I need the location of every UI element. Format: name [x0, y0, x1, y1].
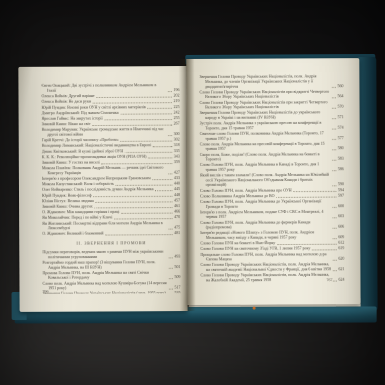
- dot-leader: [152, 179, 172, 180]
- toc-entry: О. Жданович: Між канадцями горіння і пра…: [42, 209, 180, 215]
- toc-entry: Розгортаймо гордий наш прапор! (З віщува…: [42, 260, 180, 270]
- toc-entry: Юрій Пундик: Вояк-філософ 448: [42, 193, 180, 199]
- toc-entry: Ярослав Гайвас: На закрутах історії 255: [42, 116, 180, 122]
- toc-entry: Інтерв'ю редакції «Нового Шляху» з Голов…: [200, 230, 344, 240]
- toc-entry-page: 606: [338, 225, 344, 230]
- toc-entry-page: 448: [174, 193, 180, 198]
- toc-entry: Інтерв'ю з полк. Андрієм Мельником, пода…: [200, 209, 344, 219]
- toc-entry: Гарій Кретчі: До історії часопису «Пробо…: [42, 137, 180, 143]
- toc-entry: Святочне слово Голови ПУН, полковника Ан…: [200, 131, 344, 141]
- dot-leader: [169, 258, 173, 259]
- toc-entry-page: 600: [338, 204, 344, 209]
- toc-entry-title: Слово Голови Проводу Українських Націона…: [200, 262, 331, 272]
- toc-entry-page: 620: [338, 257, 344, 262]
- dot-leader: [168, 174, 172, 175]
- toc-entry: Євген Онацький: Дві зустрічі з полковник…: [41, 83, 179, 93]
- toc-entry-title: Володимир Лиманський: Націоналістичні ви…: [42, 143, 151, 148]
- dot-leader: [332, 149, 336, 150]
- toc-entry-title: Звернення Голови Проводу Українських Нац…: [43, 291, 166, 294]
- toc-entry-page: 343: [174, 154, 180, 159]
- toc-entry-page: 517: [174, 285, 180, 290]
- toc-entry-title: Микола Капустянський: Воля і соборність: [42, 182, 114, 187]
- toc-entry: Зиновій Книш: У гостях на виселі 359: [42, 160, 180, 166]
- toc-entry-page: 612: [338, 241, 344, 246]
- toc-entry-title: Слово Голови ПУН, полк. Андрія Мельника …: [200, 188, 292, 193]
- toc-entry-title: Ярослав Гайвас: На закрутах історії: [42, 116, 103, 121]
- toc-entry-title: Підсумки переговорів, ведених мною з рам…: [42, 250, 167, 260]
- toc-entry-title: Зиновій Книш: У гостях на виселі: [42, 160, 100, 165]
- dot-leader: [332, 108, 336, 109]
- toc-entry: Слово Голови Проводу Українських Націона…: [200, 273, 344, 283]
- toc-entry-page: 359: [174, 160, 180, 165]
- dot-leader: [147, 108, 172, 109]
- toc-entry-title: Слово полк. Андрія Мельника над могилою …: [42, 281, 167, 291]
- toc-entry: Звернення Голови Проводу Українських Нац…: [199, 74, 343, 89]
- toc-entry-title: Слово Голови ПУН, полк. Андрія Мельника …: [200, 220, 331, 230]
- dot-leader: [276, 197, 336, 198]
- dot-leader: [94, 207, 172, 208]
- toc-entry-title: Ян Жиглинський: Посмертні відправи біля …: [42, 221, 167, 231]
- toc-entry: Слово Голови ПУН, полк. Андрія Мельника …: [200, 220, 344, 230]
- dot-leader: [168, 91, 172, 92]
- toc-entry-title: Євген Онацький: Дві зустрічі з полковник…: [41, 83, 166, 93]
- toc-entry-page: 427: [174, 170, 180, 175]
- toc-entry-page: 609: [338, 235, 344, 240]
- toc-entry: Юрій Пундик: Воєнні роки ОУН у світлі ар…: [42, 105, 180, 111]
- dot-leader: [95, 202, 172, 203]
- dot-leader: [105, 234, 173, 235]
- toc-entry-title: Інтерв'ю редакції «Нового Шляху» з Голов…: [200, 230, 331, 240]
- toc-entry-page: 466: [174, 209, 180, 214]
- toc-entry: Інтерв'ю з професором Олександром Неприц…: [42, 176, 180, 182]
- toc-entry-page: 594: [338, 188, 344, 193]
- toc-entry: Дмитро Андріївський: Під знаком Сімоненк…: [42, 110, 180, 116]
- toc-entry-page: 318: [174, 143, 180, 148]
- toc-entry-page: 535: [175, 291, 181, 294]
- toc-entry: Підсумки переговорів, ведених мною з рам…: [42, 249, 180, 259]
- toc-entry-page: 619: [338, 246, 344, 251]
- toc-entry-page: 571: [338, 115, 344, 120]
- toc-entry-page: 242: [174, 110, 180, 115]
- toc-entry: Володимир Маруняк: Українське громадське…: [42, 127, 180, 137]
- dot-leader: [333, 270, 337, 271]
- right-page: Звернення Голови Проводу Українських Нац…: [186, 58, 360, 305]
- toc-entry: Юліян Вістух: Велика людина 457: [42, 198, 180, 204]
- dot-leader: [120, 114, 172, 115]
- book-cover-edge-right: [358, 57, 377, 311]
- toc-entry-page: 445: [174, 187, 180, 192]
- toc-entry: Прощальне слово Голови ПУН, полк. Андрія…: [200, 252, 344, 262]
- toc-entry: Олег Войнаренко: Стиль і послідовність д…: [42, 187, 180, 193]
- dot-leader: [121, 213, 172, 214]
- dot-leader: [333, 281, 337, 282]
- toc-entry-title: О. Жданович: Великий і блаженний: [42, 231, 103, 236]
- toc-entry-title: Слово Голови ПУН на святочному З'їзді УГ…: [200, 246, 310, 251]
- toc-entry-title: Слово Голови Проводу Українських Націона…: [200, 100, 331, 110]
- toc-entry: Олекса Войнів: Не даси руки 219: [42, 99, 180, 105]
- toc-entry-page: 196: [173, 88, 179, 93]
- toc-entry-page: 501: [174, 265, 180, 270]
- dot-leader: [148, 158, 172, 159]
- toc-entry-title: Олекса Войнів: Другий варіянт: [41, 94, 94, 99]
- toc-entry-title: Дмитро Андріївський: Під знаком Сімоненк…: [42, 111, 119, 116]
- toc-entry-title: Звернення Голови Проводу Українських Нац…: [200, 110, 331, 120]
- toc-entry-page: 255: [174, 116, 180, 121]
- toc-entry-title: Юліян Вістух: Велика людина: [42, 199, 94, 204]
- open-book: Євген Онацький: Дві зустрічі з полковник…: [0, 0, 385, 385]
- dot-leader: [101, 163, 172, 164]
- section-header: ІІ. ЗВЕРНЕННЯ І ПРОМОВИ: [42, 241, 180, 247]
- left-page: Євген Онацький: Дві зустрічі з полковник…: [18, 66, 187, 312]
- toc-entry: Звернення Голови Проводу Українських Нац…: [200, 110, 344, 120]
- toc-list-left-bottom: Підсумки переговорів, ведених мною з рам…: [42, 249, 180, 293]
- dot-leader: [333, 238, 337, 239]
- toc-entry: Слово Голови ПУН, полк. Андрія Мельника …: [200, 199, 344, 209]
- toc-entry-title: Прощальне слово Голови ПУН, полк. Андрія…: [200, 252, 331, 262]
- toc-entry-page: 597: [338, 193, 344, 198]
- toc-entry: Микола Капустянський: Воля і соборність …: [42, 181, 180, 187]
- toc-entry-page: 300: [174, 132, 180, 137]
- dot-leader: [93, 102, 172, 103]
- toc-entry-page: 225: [174, 105, 180, 110]
- toc-entry-page: 560: [337, 84, 343, 89]
- toc-entry: Зиновій Книш: Очима других 461: [42, 204, 180, 210]
- dot-leader: [125, 152, 172, 153]
- toc-entry-page: 335: [174, 149, 180, 154]
- toc-entry: Слово Голови Проводу Українських Націона…: [200, 262, 344, 272]
- toc-entry: Скоро поля, Боже, поділи! (Слово полк. А…: [200, 152, 344, 162]
- toc-entry-title: Слово Полковника Андрія Мельника до ВО: [200, 194, 275, 199]
- toc-entry: Слово полк. Андрія Мельника на пресовій …: [200, 141, 344, 151]
- toc-entry: Слово Голови ПУН на бенкеті в Нью-Йорку …: [200, 241, 344, 247]
- toc-entry-page: 202: [173, 93, 179, 98]
- toc-entry-page: 583: [338, 157, 344, 162]
- toc-entry-title: Зиновій Книш: Очима других: [42, 204, 93, 209]
- toc-entry-page: 302: [174, 137, 180, 142]
- toc-entry-title: Святочне слово Голови ПУН, полковника Ан…: [200, 131, 331, 141]
- toc-entry-title: Слово Голови Проводу Українських Націона…: [200, 273, 331, 283]
- toc-entry: Ян Жиглинський: Посмертні відправи біля …: [42, 221, 180, 231]
- toc-entry-title: Інтерв'ю з професором Олександром Неприц…: [42, 176, 151, 181]
- dot-leader: [332, 207, 336, 208]
- dot-leader: [120, 141, 172, 142]
- toc-entry-page: 475: [174, 225, 180, 230]
- dot-leader: [332, 170, 336, 171]
- toc-entry-page: 470: [174, 215, 180, 220]
- toc-entry-page: 586: [338, 167, 344, 172]
- toc-entry-page: 493: [174, 254, 180, 259]
- toc-entry-page: 440: [174, 181, 180, 186]
- toc-entry-title: Гарій Кретчі: До історії часопису «Пробо…: [42, 138, 119, 143]
- photo-background: Євген Онацький: Дві зустрічі з полковник…: [0, 0, 385, 385]
- toc-entry: Зиновій Книш: Вікно на світ 267: [42, 121, 180, 127]
- page-number-right: 767: [326, 278, 332, 282]
- toc-entry-title: К. К. К.: Революційно-пропагандивна акці…: [42, 154, 147, 159]
- toc-entry-title: Олег Войнаренко: Стиль і послідовність д…: [42, 187, 154, 192]
- right-page-toc: Звернення Голови Проводу Українських Нац…: [199, 74, 344, 287]
- dot-leader: [168, 135, 172, 136]
- toc-entry-title: Олекса Войнів: Не даси руки: [42, 100, 92, 105]
- toc-entry-page: 574: [338, 125, 344, 130]
- toc-entry-title: Зиновій Книш: Вікно на світ: [42, 122, 91, 127]
- dot-leader: [169, 278, 173, 279]
- dot-leader: [332, 129, 336, 130]
- toc-entry-page: 481: [174, 231, 180, 236]
- dot-leader: [92, 125, 172, 126]
- dot-leader: [96, 97, 172, 98]
- toc-entry: Слово Голови Проводу Українських Націона…: [200, 100, 344, 110]
- toc-entry-title: Юрій Пундик: Воєнні роки ОУН у світлі ар…: [42, 105, 146, 110]
- toc-entry-page: 603: [338, 214, 344, 219]
- toc-entry-page: 624: [338, 277, 344, 282]
- dot-leader: [116, 185, 173, 186]
- dot-leader: [93, 196, 172, 197]
- dot-leader: [104, 119, 172, 120]
- dot-leader: [332, 185, 336, 186]
- toc-entry-title: Слово Голови ПУН на бенкеті в Нью-Йорку: [200, 241, 275, 246]
- dot-leader: [293, 191, 336, 192]
- toc-entry-title: Микола Плав'юк: Полковник Андрій Мельник…: [42, 166, 167, 176]
- toc-entry-title: Який вислів є таким зламали! (Слово полк…: [200, 173, 331, 188]
- toc-entry: Слово Голови Проводу Українських Націона…: [199, 89, 343, 99]
- toc-entry: Володимир Лиманський: Націоналістичні ви…: [42, 143, 180, 149]
- toc-entry: Звернення Голови Проводу Українських Нац…: [43, 291, 181, 294]
- dot-leader: [169, 268, 173, 269]
- toc-entry-title: Розгортаймо гордий наш прапор! (З віщува…: [42, 260, 167, 270]
- toc-entry-title: Слово Голови Проводу Українських Націона…: [199, 89, 330, 99]
- toc-entry-page: 577: [338, 136, 344, 141]
- dot-leader: [169, 289, 173, 290]
- toc-entry-title: Інтерв'ю з полк. Андрієм Мельником, пода…: [200, 209, 331, 219]
- dot-leader: [153, 146, 172, 147]
- dot-leader: [332, 97, 336, 98]
- toc-entry: Олекса Войнів: Другий варіянт 202: [41, 93, 179, 99]
- toc-entry: О. Жданович: Великий і блаженний 481: [42, 231, 180, 237]
- dot-leader: [332, 118, 336, 119]
- toc-entry-title: Звернення Голови Проводу Українських Нац…: [199, 74, 330, 89]
- toc-entry: Який вислів є таким зламали! (Слово полк…: [200, 173, 344, 188]
- toc-entry-page: 564: [337, 94, 343, 99]
- dot-leader: [155, 190, 172, 191]
- dot-leader: [332, 160, 336, 161]
- toc-entry-page: 461: [174, 204, 180, 209]
- toc-entry-page: 580: [338, 146, 344, 151]
- toc-entry-page: 457: [174, 198, 180, 203]
- toc-entry-title: Володимир Маруняк: Українське громадське…: [42, 127, 167, 137]
- toc-entry-title: Юрій Пундик: Вояк-філософ: [42, 193, 92, 198]
- toc-list-left-top: Євген Онацький: Дві зустрічі з полковник…: [41, 83, 180, 237]
- dot-leader: [114, 218, 172, 219]
- toc-entry-page: 267: [174, 121, 180, 126]
- toc-entry-page: 590: [338, 182, 344, 187]
- toc-list-right: Звернення Голови Проводу Українських Нац…: [199, 74, 344, 283]
- toc-entry: Слово полк. Андрія Мельника над могилою …: [42, 281, 180, 291]
- toc-entry: Зустріч полк. Андрія Мельника з українсь…: [200, 121, 344, 131]
- toc-entry: Микола Плав'юк: Полковник Андрій Мельник…: [42, 165, 180, 175]
- dot-leader: [277, 244, 337, 245]
- toc-entry-page: 509: [174, 275, 180, 280]
- dot-leader: [312, 249, 337, 250]
- dot-leader: [332, 139, 336, 140]
- toc-entry-title: Скоро поля, Боже, поділи! (Слово полк. А…: [200, 152, 331, 162]
- toc-entry-page: 219: [174, 99, 180, 104]
- toc-entry-title: О. Жданович: Між канадцями горіння і пра…: [42, 210, 119, 215]
- toc-entry-title: Зустріч полк. Андрія Мельника з українсь…: [200, 121, 331, 131]
- left-page-toc: Євген Онацький: Дві зустрічі з полковник…: [41, 83, 180, 294]
- dot-leader: [333, 228, 337, 229]
- toc-entry-page: 433: [174, 176, 180, 181]
- dot-leader: [169, 229, 173, 230]
- toc-entry-page: 621: [338, 267, 344, 272]
- toc-entry-title: Слово Голови ПУН, полк. Андрія Мельника …: [200, 199, 331, 209]
- dot-leader: [332, 87, 336, 88]
- dust-speck: [253, 307, 256, 310]
- toc-entry-page: 570: [338, 105, 344, 110]
- toc-entry: Слово Голови ПУН, полк. Андрія Мельника …: [200, 162, 344, 172]
- toc-entry-title: Слово полк. Андрія Мельника на пресовій …: [200, 141, 331, 151]
- page-number-left: 766: [43, 289, 49, 293]
- toc-entry-title: Промова Голови ПУН, полк. Андрія Мельник…: [42, 270, 167, 280]
- toc-entry-title: Слово Голови ПУН, полк. Андрія Мельника …: [200, 162, 331, 172]
- toc-entry: Ян Миколайчик: Перед і по війні у Кличі …: [42, 215, 180, 221]
- toc-entry-title: Ян Миколайчик: Перед і по війні у Кличі: [42, 215, 112, 220]
- dot-leader: [333, 217, 337, 218]
- dot-leader: [333, 260, 337, 261]
- toc-entry: К. К. К.: Революційно-пропагандивна акці…: [42, 154, 180, 160]
- toc-entry: Промова Голови ПУН, полк. Андрія Мельник…: [42, 270, 180, 280]
- toc-entry-title: Денис Квітковський: В кузні ідейної збро…: [42, 149, 123, 154]
- toc-entry: Денис Квітковський: В кузні ідейної збро…: [42, 149, 180, 155]
